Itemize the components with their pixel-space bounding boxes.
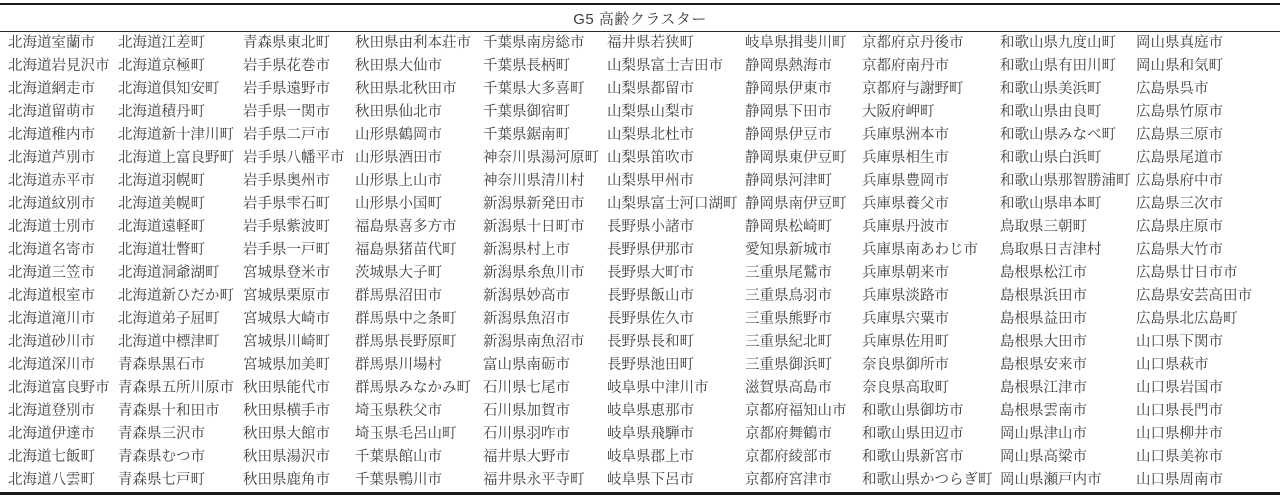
municipality-cell: 北海道八雲町: [0, 469, 110, 494]
municipality-cell: 青森県東北町: [235, 32, 347, 56]
municipality-cell: 福島県喜多方市: [347, 216, 475, 239]
municipality-cell: 山口県美祢市: [1128, 446, 1280, 469]
municipality-cell: 静岡県下田市: [737, 101, 854, 124]
municipality-cell: 岡山県瀬戸内市: [992, 469, 1128, 494]
table-row: 北海道赤平市北海道羽幌町岩手県奥州市山形県上山市神奈川県清川村山梨県甲州市静岡県…: [0, 170, 1280, 193]
municipality-cell: 北海道美幌町: [110, 193, 235, 216]
municipality-cell: 愛知県新城市: [737, 239, 854, 262]
municipality-cell: 千葉県大多喜町: [475, 78, 599, 101]
municipality-cell: 広島県三原市: [1128, 124, 1280, 147]
municipality-cell: 千葉県南房総市: [475, 32, 599, 56]
municipality-cell: 青森県七戸町: [110, 469, 235, 494]
municipality-cell: 和歌山県那智勝浦町: [992, 170, 1128, 193]
municipality-cell: 群馬県沼田市: [347, 285, 475, 308]
municipality-cell: 青森県五所川原市: [110, 377, 235, 400]
municipality-cell: 和歌山県かつらぎ町: [854, 469, 992, 494]
municipality-cell: 岩手県雫石町: [235, 193, 347, 216]
municipality-cell: 広島県安芸高田市: [1128, 285, 1280, 308]
municipality-cell: 新潟県十日町市: [475, 216, 599, 239]
municipality-cell: 和歌山県美浜町: [992, 78, 1128, 101]
municipality-cell: 福井県永平寺町: [475, 469, 599, 494]
table-row: 北海道根室市北海道新ひだか町宮城県栗原市群馬県沼田市新潟県妙高市長野県飯山市三重…: [0, 285, 1280, 308]
municipality-cell: 滋賀県高島市: [737, 377, 854, 400]
municipality-cell: 北海道稚内市: [0, 124, 110, 147]
municipality-cell: 岩手県花巻市: [235, 55, 347, 78]
cluster-table-page: G5 高齢クラスター 北海道室蘭市北海道江差町青森県東北町秋田県由利本荘市千葉県…: [0, 0, 1280, 495]
municipality-cell: 富山県南砺市: [475, 354, 599, 377]
municipality-cell: 北海道積丹町: [110, 101, 235, 124]
municipality-cell: 和歌山県串本町: [992, 193, 1128, 216]
municipality-cell: 岐阜県下呂市: [599, 469, 737, 494]
municipality-cell: 北海道根室市: [0, 285, 110, 308]
municipality-cell: 長野県佐久市: [599, 308, 737, 331]
municipality-cell: 広島県竹原市: [1128, 101, 1280, 124]
municipality-cell: 兵庫県南あわじ市: [854, 239, 992, 262]
municipality-cell: 石川県羽咋市: [475, 423, 599, 446]
municipality-cell: 岩手県一関市: [235, 101, 347, 124]
municipality-cell: 広島県呉市: [1128, 78, 1280, 101]
municipality-cell: 島根県浜田市: [992, 285, 1128, 308]
municipality-cell: 長野県長和町: [599, 331, 737, 354]
municipality-cell: 秋田県横手市: [235, 400, 347, 423]
municipality-cell: 埼玉県毛呂山町: [347, 423, 475, 446]
municipality-cell: 北海道中標津町: [110, 331, 235, 354]
table-body: 北海道室蘭市北海道江差町青森県東北町秋田県由利本荘市千葉県南房総市福井県若狭町岐…: [0, 32, 1280, 494]
municipality-cell: 石川県七尾市: [475, 377, 599, 400]
table-row: 北海道稚内市北海道新十津川町岩手県二戸市山形県鶴岡市千葉県鋸南町山梨県北杜市静岡…: [0, 124, 1280, 147]
municipality-cell: 京都府南丹市: [854, 55, 992, 78]
municipality-cell: 新潟県南魚沼市: [475, 331, 599, 354]
municipality-cell: 山口県萩市: [1128, 354, 1280, 377]
municipality-cell: 岐阜県揖斐川町: [737, 32, 854, 56]
municipality-cell: 神奈川県湯河原町: [475, 147, 599, 170]
municipality-cell: 和歌山県有田川町: [992, 55, 1128, 78]
municipality-cell: 青森県むつ市: [110, 446, 235, 469]
municipality-cell: 千葉県館山市: [347, 446, 475, 469]
table-row: 北海道深川市青森県黒石市宮城県加美町群馬県川場村富山県南砺市長野県池田町三重県御…: [0, 354, 1280, 377]
municipality-cell: 岐阜県恵那市: [599, 400, 737, 423]
municipality-cell: 奈良県御所市: [854, 354, 992, 377]
municipality-cell: 静岡県河津町: [737, 170, 854, 193]
municipality-cell: 京都府与謝野町: [854, 78, 992, 101]
table-row: 北海道伊達市青森県三沢市秋田県大館市埼玉県毛呂山町石川県羽咋市岐阜県飛騨市京都府…: [0, 423, 1280, 446]
municipality-cell: 広島県三次市: [1128, 193, 1280, 216]
municipality-cell: 静岡県東伊豆町: [737, 147, 854, 170]
municipality-cell: 北海道七飯町: [0, 446, 110, 469]
municipality-cell: 秋田県大仙市: [347, 55, 475, 78]
municipality-cell: 島根県安来市: [992, 354, 1128, 377]
municipality-cell: 山形県小国町: [347, 193, 475, 216]
municipality-cell: 岐阜県飛騨市: [599, 423, 737, 446]
municipality-cell: 長野県伊那市: [599, 239, 737, 262]
municipality-cell: 三重県鳥羽市: [737, 285, 854, 308]
table-row: 北海道砂川市北海道中標津町宮城県川崎町群馬県長野原町新潟県南魚沼市長野県長和町三…: [0, 331, 1280, 354]
municipality-cell: 大阪府岬町: [854, 101, 992, 124]
municipality-cell: 山梨県笛吹市: [599, 147, 737, 170]
municipality-cell: 京都府京丹後市: [854, 32, 992, 56]
municipality-cell: 秋田県湯沢市: [235, 446, 347, 469]
municipality-cell: 北海道芦別市: [0, 147, 110, 170]
municipality-cell: 北海道岩見沢市: [0, 55, 110, 78]
municipality-cell: 山梨県甲州市: [599, 170, 737, 193]
municipality-cell: 神奈川県清川村: [475, 170, 599, 193]
municipality-cell: 秋田県仙北市: [347, 101, 475, 124]
municipality-cell: 兵庫県相生市: [854, 147, 992, 170]
municipality-cell: 埼玉県秩父市: [347, 400, 475, 423]
table-row: 北海道留萌市北海道積丹町岩手県一関市秋田県仙北市千葉県御宿町山梨県山梨市静岡県下…: [0, 101, 1280, 124]
municipality-cell: 三重県紀北町: [737, 331, 854, 354]
table-row: 北海道紋別市北海道美幌町岩手県雫石町山形県小国町新潟県新発田市山梨県富士河口湖町…: [0, 193, 1280, 216]
municipality-cell: 岡山県和気町: [1128, 55, 1280, 78]
municipality-cell: 京都府舞鶴市: [737, 423, 854, 446]
municipality-cell: 兵庫県宍粟市: [854, 308, 992, 331]
municipality-cell: 青森県黒石市: [110, 354, 235, 377]
municipality-table: G5 高齢クラスター 北海道室蘭市北海道江差町青森県東北町秋田県由利本荘市千葉県…: [0, 3, 1280, 495]
municipality-cell: 兵庫県養父市: [854, 193, 992, 216]
municipality-cell: 北海道網走市: [0, 78, 110, 101]
municipality-cell: 島根県益田市: [992, 308, 1128, 331]
municipality-cell: 和歌山県田辺市: [854, 423, 992, 446]
municipality-cell: 秋田県大館市: [235, 423, 347, 446]
municipality-cell: 静岡県伊東市: [737, 78, 854, 101]
municipality-cell: 宮城県登米市: [235, 262, 347, 285]
municipality-cell: 長野県池田町: [599, 354, 737, 377]
municipality-cell: 山梨県富士吉田市: [599, 55, 737, 78]
municipality-cell: 石川県加賀市: [475, 400, 599, 423]
municipality-cell: 山梨県富士河口湖町: [599, 193, 737, 216]
municipality-cell: 岩手県二戸市: [235, 124, 347, 147]
municipality-cell: 山口県下関市: [1128, 331, 1280, 354]
municipality-cell: 山梨県北杜市: [599, 124, 737, 147]
municipality-cell: 山形県上山市: [347, 170, 475, 193]
municipality-cell: 三重県尾鷲市: [737, 262, 854, 285]
table-row: 北海道士別市北海道遠軽町岩手県紫波町福島県喜多方市新潟県十日町市長野県小諸市静岡…: [0, 216, 1280, 239]
municipality-cell: 北海道京極町: [110, 55, 235, 78]
municipality-cell: 北海道紋別市: [0, 193, 110, 216]
municipality-cell: 北海道新十津川町: [110, 124, 235, 147]
municipality-cell: 兵庫県淡路市: [854, 285, 992, 308]
municipality-cell: 岐阜県中津川市: [599, 377, 737, 400]
municipality-cell: 長野県大町市: [599, 262, 737, 285]
municipality-cell: 北海道室蘭市: [0, 32, 110, 56]
municipality-cell: 北海道赤平市: [0, 170, 110, 193]
municipality-cell: 兵庫県豊岡市: [854, 170, 992, 193]
municipality-cell: 和歌山県九度山町: [992, 32, 1128, 56]
municipality-cell: 宮城県栗原市: [235, 285, 347, 308]
table-row: 北海道芦別市北海道上富良野町岩手県八幡平市山形県酒田市神奈川県湯河原町山梨県笛吹…: [0, 147, 1280, 170]
municipality-cell: 兵庫県洲本市: [854, 124, 992, 147]
municipality-cell: 北海道三笠市: [0, 262, 110, 285]
municipality-cell: 群馬県中之条町: [347, 308, 475, 331]
table-row: 北海道岩見沢市北海道京極町岩手県花巻市秋田県大仙市千葉県長柄町山梨県富士吉田市静…: [0, 55, 1280, 78]
table-row: 北海道三笠市北海道洞爺湖町宮城県登米市茨城県大子町新潟県糸魚川市長野県大町市三重…: [0, 262, 1280, 285]
table-title: G5 高齢クラスター: [0, 4, 1280, 32]
municipality-cell: 広島県廿日市市: [1128, 262, 1280, 285]
municipality-cell: 山形県鶴岡市: [347, 124, 475, 147]
municipality-cell: 千葉県鴨川市: [347, 469, 475, 494]
municipality-cell: 広島県庄原市: [1128, 216, 1280, 239]
municipality-cell: 山口県柳井市: [1128, 423, 1280, 446]
municipality-cell: 島根県江津市: [992, 377, 1128, 400]
municipality-cell: 京都府宮津市: [737, 469, 854, 494]
municipality-cell: 北海道留萌市: [0, 101, 110, 124]
municipality-cell: 新潟県魚沼市: [475, 308, 599, 331]
municipality-cell: 島根県雲南市: [992, 400, 1128, 423]
municipality-cell: 岩手県紫波町: [235, 216, 347, 239]
municipality-cell: 茨城県大子町: [347, 262, 475, 285]
municipality-cell: 秋田県能代市: [235, 377, 347, 400]
municipality-cell: 岩手県八幡平市: [235, 147, 347, 170]
municipality-cell: 岩手県奥州市: [235, 170, 347, 193]
table-row: 北海道室蘭市北海道江差町青森県東北町秋田県由利本荘市千葉県南房総市福井県若狭町岐…: [0, 32, 1280, 56]
municipality-cell: 広島県北広島町: [1128, 308, 1280, 331]
municipality-cell: 北海道壮瞥町: [110, 239, 235, 262]
municipality-cell: 三重県御浜町: [737, 354, 854, 377]
municipality-cell: 長野県小諸市: [599, 216, 737, 239]
table-row: 北海道七飯町青森県むつ市秋田県湯沢市千葉県館山市福井県大野市岐阜県郡上市京都府綾…: [0, 446, 1280, 469]
table-header: G5 高齢クラスター: [0, 4, 1280, 32]
municipality-cell: 三重県熊野市: [737, 308, 854, 331]
municipality-cell: 山口県岩国市: [1128, 377, 1280, 400]
municipality-cell: 広島県府中市: [1128, 170, 1280, 193]
municipality-cell: 北海道倶知安町: [110, 78, 235, 101]
municipality-cell: 和歌山県みなべ町: [992, 124, 1128, 147]
municipality-cell: 岡山県真庭市: [1128, 32, 1280, 56]
municipality-cell: 青森県十和田市: [110, 400, 235, 423]
table-row: 北海道富良野市青森県五所川原市秋田県能代市群馬県みなかみ町石川県七尾市岐阜県中津…: [0, 377, 1280, 400]
municipality-cell: 北海道羽幌町: [110, 170, 235, 193]
municipality-cell: 北海道弟子屈町: [110, 308, 235, 331]
table-row: 北海道名寄市北海道壮瞥町岩手県一戸町福島県猪苗代町新潟県村上市長野県伊那市愛知県…: [0, 239, 1280, 262]
table-row: 北海道滝川市北海道弟子屈町宮城県大崎市群馬県中之条町新潟県魚沼市長野県佐久市三重…: [0, 308, 1280, 331]
municipality-cell: 広島県尾道市: [1128, 147, 1280, 170]
municipality-cell: 群馬県みなかみ町: [347, 377, 475, 400]
municipality-cell: 群馬県川場村: [347, 354, 475, 377]
municipality-cell: 千葉県御宿町: [475, 101, 599, 124]
municipality-cell: 長野県飯山市: [599, 285, 737, 308]
municipality-cell: 島根県大田市: [992, 331, 1128, 354]
municipality-cell: 岡山県高梁市: [992, 446, 1128, 469]
table-title-row: G5 高齢クラスター: [0, 4, 1280, 32]
municipality-cell: 山口県長門市: [1128, 400, 1280, 423]
municipality-cell: 和歌山県由良町: [992, 101, 1128, 124]
municipality-cell: 奈良県高取町: [854, 377, 992, 400]
table-row: 北海道網走市北海道倶知安町岩手県遠野市秋田県北秋田市千葉県大多喜町山梨県都留市静…: [0, 78, 1280, 101]
municipality-cell: 静岡県南伊豆町: [737, 193, 854, 216]
municipality-cell: 北海道富良野市: [0, 377, 110, 400]
municipality-cell: 兵庫県丹波市: [854, 216, 992, 239]
municipality-cell: 京都府福知山市: [737, 400, 854, 423]
municipality-cell: 千葉県長柄町: [475, 55, 599, 78]
municipality-cell: 千葉県鋸南町: [475, 124, 599, 147]
municipality-cell: 北海道登別市: [0, 400, 110, 423]
municipality-cell: 静岡県松崎町: [737, 216, 854, 239]
municipality-cell: 和歌山県御坊市: [854, 400, 992, 423]
municipality-cell: 青森県三沢市: [110, 423, 235, 446]
municipality-cell: 山梨県都留市: [599, 78, 737, 101]
municipality-cell: 北海道深川市: [0, 354, 110, 377]
municipality-cell: 鳥取県三朝町: [992, 216, 1128, 239]
municipality-cell: 北海道名寄市: [0, 239, 110, 262]
municipality-cell: 鳥取県日吉津村: [992, 239, 1128, 262]
municipality-cell: 岡山県津山市: [992, 423, 1128, 446]
municipality-cell: 北海道江差町: [110, 32, 235, 56]
municipality-cell: 新潟県新発田市: [475, 193, 599, 216]
municipality-cell: 和歌山県白浜町: [992, 147, 1128, 170]
municipality-cell: 秋田県由利本荘市: [347, 32, 475, 56]
municipality-cell: 福島県猪苗代町: [347, 239, 475, 262]
municipality-cell: 山形県酒田市: [347, 147, 475, 170]
municipality-cell: 山口県周南市: [1128, 469, 1280, 494]
municipality-cell: 秋田県北秋田市: [347, 78, 475, 101]
municipality-cell: 山梨県山梨市: [599, 101, 737, 124]
municipality-cell: 北海道遠軽町: [110, 216, 235, 239]
municipality-cell: 北海道士別市: [0, 216, 110, 239]
table-row: 北海道八雲町青森県七戸町秋田県鹿角市千葉県鴨川市福井県永平寺町岐阜県下呂市京都府…: [0, 469, 1280, 494]
municipality-cell: 和歌山県新宮市: [854, 446, 992, 469]
municipality-cell: 北海道伊達市: [0, 423, 110, 446]
municipality-cell: 宮城県川崎町: [235, 331, 347, 354]
municipality-cell: 新潟県妙高市: [475, 285, 599, 308]
municipality-cell: 北海道滝川市: [0, 308, 110, 331]
municipality-cell: 秋田県鹿角市: [235, 469, 347, 494]
municipality-cell: 京都府綾部市: [737, 446, 854, 469]
table-row: 北海道登別市青森県十和田市秋田県横手市埼玉県秩父市石川県加賀市岐阜県恵那市京都府…: [0, 400, 1280, 423]
municipality-cell: 岩手県一戸町: [235, 239, 347, 262]
municipality-cell: 福井県大野市: [475, 446, 599, 469]
municipality-cell: 兵庫県朝来市: [854, 262, 992, 285]
municipality-cell: 福井県若狭町: [599, 32, 737, 56]
municipality-cell: 広島県大竹市: [1128, 239, 1280, 262]
municipality-cell: 北海道新ひだか町: [110, 285, 235, 308]
municipality-cell: 兵庫県佐用町: [854, 331, 992, 354]
municipality-cell: 宮城県加美町: [235, 354, 347, 377]
municipality-cell: 島根県松江市: [992, 262, 1128, 285]
municipality-cell: 新潟県村上市: [475, 239, 599, 262]
municipality-cell: 静岡県伊豆市: [737, 124, 854, 147]
municipality-cell: 群馬県長野原町: [347, 331, 475, 354]
municipality-cell: 北海道洞爺湖町: [110, 262, 235, 285]
municipality-cell: 岩手県遠野市: [235, 78, 347, 101]
municipality-cell: 宮城県大崎市: [235, 308, 347, 331]
municipality-cell: 新潟県糸魚川市: [475, 262, 599, 285]
municipality-cell: 北海道砂川市: [0, 331, 110, 354]
municipality-cell: 岐阜県郡上市: [599, 446, 737, 469]
municipality-cell: 静岡県熱海市: [737, 55, 854, 78]
municipality-cell: 北海道上富良野町: [110, 147, 235, 170]
